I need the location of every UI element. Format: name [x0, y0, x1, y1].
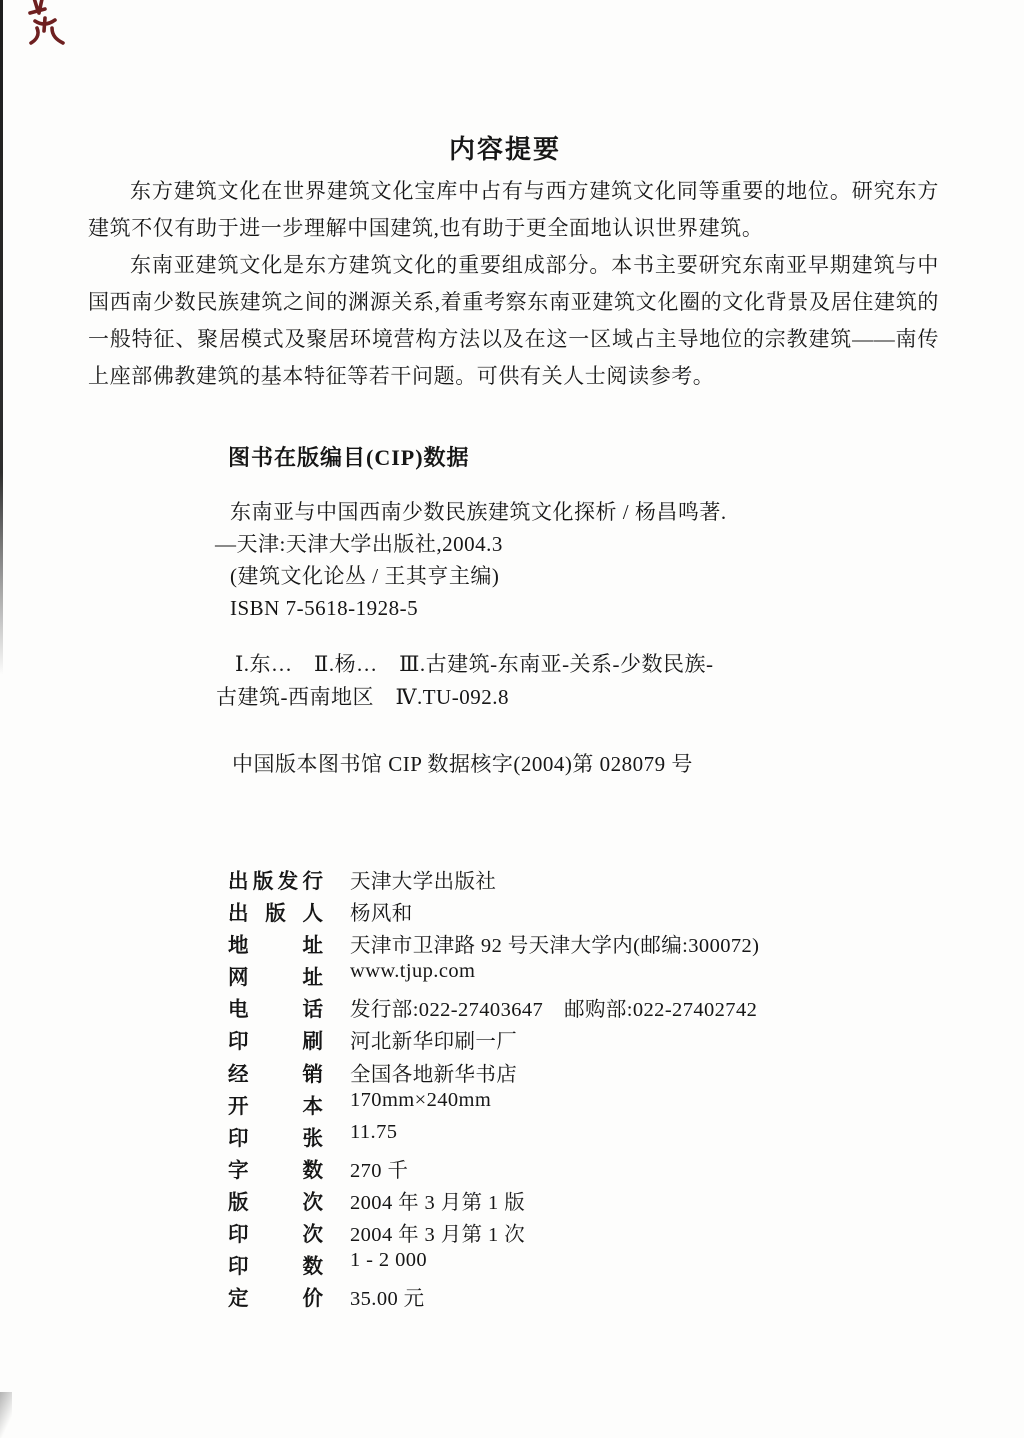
colophon-label: 经销: [228, 1057, 323, 1087]
colophon-label: 字数: [228, 1153, 323, 1183]
colophon-label: 地址: [228, 928, 323, 958]
colophon-label: 电话: [228, 992, 323, 1022]
scan-corner-smudge: [0, 1392, 12, 1438]
colophon-value: 35.00 元: [350, 1281, 425, 1311]
colophon-row: 经销 全国各地新华书店: [228, 1057, 968, 1089]
colophon-row: 字数 270 千: [228, 1153, 968, 1185]
colophon-value: 2004 年 3 月第 1 版: [350, 1185, 525, 1215]
colophon-label: 印数: [228, 1249, 323, 1279]
colophon-value: 天津大学出版社: [350, 864, 496, 894]
colophon-row: 地址 天津市卫津路 92 号天津大学内(邮编:300072): [228, 928, 968, 960]
colophon-row: 网址 www.tjup.com: [228, 960, 968, 992]
colophon-value: 河北新华印刷一厂: [350, 1024, 517, 1054]
content-summary-title: 内容提要: [0, 129, 1010, 166]
ink-mark-strokes: [30, 0, 63, 43]
cip-title-author-line: 东南亚与中国西南少数民族建筑文化探析 / 杨昌鸣著.: [215, 496, 915, 528]
colophon-value: 杨风和: [350, 896, 413, 926]
colophon-label: 印次: [228, 1217, 323, 1247]
colophon-value: 发行部:022-27403647 邮购部:022-27402742: [350, 992, 757, 1022]
cip-classification-line-1: Ⅰ.东… Ⅱ.杨… Ⅲ.古建筑-东南亚-关系-少数民族-: [216, 648, 936, 681]
handwritten-ink-mark: [27, 0, 67, 46]
colophon-label: 网址: [228, 960, 323, 990]
scan-edge-shadow: [0, 0, 3, 675]
colophon-row: 出版人 杨风和: [228, 896, 968, 928]
colophon-row: 电话 发行部:022-27403647 邮购部:022-27402742: [228, 992, 968, 1024]
cip-series-line: (建筑文化论丛 / 王其亨主编): [215, 560, 915, 592]
colophon-value: 天津市卫津路 92 号天津大学内(邮编:300072): [350, 928, 759, 958]
colophon-value: 1 - 2 000: [350, 1249, 427, 1272]
colophon-value: 全国各地新华书店: [350, 1057, 517, 1087]
colophon-row: 定价 35.00 元: [228, 1281, 968, 1313]
colophon-row: 印刷 河北新华印刷一厂: [228, 1024, 968, 1056]
colophon-label: 开本: [228, 1089, 323, 1119]
colophon-label: 印张: [228, 1121, 323, 1151]
publication-details: 出版发行 天津大学出版社 出版人 杨风和 地址 天津市卫津路 92 号天津大学内…: [228, 864, 968, 1313]
colophon-value: 2004 年 3 月第 1 次: [350, 1217, 525, 1247]
colophon-row: 出版发行 天津大学出版社: [228, 864, 968, 896]
colophon-value: 270 千: [350, 1153, 408, 1183]
summary-paragraph-1: 东方建筑文化在世界建筑文化宝库中占有与西方建筑文化同等重要的地位。研究东方建筑不…: [88, 173, 939, 247]
colophon-value: 170mm×240mm: [350, 1089, 491, 1112]
cip-heading: 图书在版编目(CIP)数据: [228, 441, 470, 472]
content-summary: 东方建筑文化在世界建筑文化宝库中占有与西方建筑文化同等重要的地位。研究东方建筑不…: [88, 173, 939, 395]
colophon-value: www.tjup.com: [350, 960, 475, 983]
colophon-row: 印张 11.75: [228, 1121, 968, 1153]
colophon-row: 开本 170mm×240mm: [228, 1089, 968, 1121]
colophon-label: 出版人: [228, 896, 323, 926]
colophon-row: 印数 1 - 2 000: [228, 1249, 968, 1281]
colophon-label: 版次: [228, 1185, 323, 1215]
cip-record-number: 中国版本图书馆 CIP 数据核字(2004)第 028079 号: [232, 748, 693, 778]
colophon-label: 印刷: [228, 1024, 323, 1054]
colophon-label: 出版发行: [228, 864, 323, 894]
book-copyright-page: 内容提要 东方建筑文化在世界建筑文化宝库中占有与西方建筑文化同等重要的地位。研究…: [0, 0, 1024, 1438]
summary-paragraph-2: 东南亚建筑文化是东方建筑文化的重要组成部分。本书主要研究东南亚早期建筑与中国西南…: [88, 247, 939, 395]
colophon-row: 版次 2004 年 3 月第 1 版: [228, 1185, 968, 1217]
cip-classification-line-2: 古建筑-西南地区 Ⅳ.TU-092.8: [216, 681, 936, 714]
cip-classification-block: Ⅰ.东… Ⅱ.杨… Ⅲ.古建筑-东南亚-关系-少数民族- 古建筑-西南地区 Ⅳ.…: [216, 648, 936, 713]
colophon-row: 印次 2004 年 3 月第 1 次: [228, 1217, 968, 1249]
colophon-value: 11.75: [350, 1121, 397, 1144]
colophon-label: 定价: [228, 1281, 323, 1311]
cip-publisher-line: —天津:天津大学出版社,2004.3: [215, 528, 915, 560]
cip-entry-block: 东南亚与中国西南少数民族建筑文化探析 / 杨昌鸣著. —天津:天津大学出版社,2…: [215, 496, 915, 624]
cip-isbn-line: ISBN 7-5618-1928-5: [215, 592, 915, 624]
